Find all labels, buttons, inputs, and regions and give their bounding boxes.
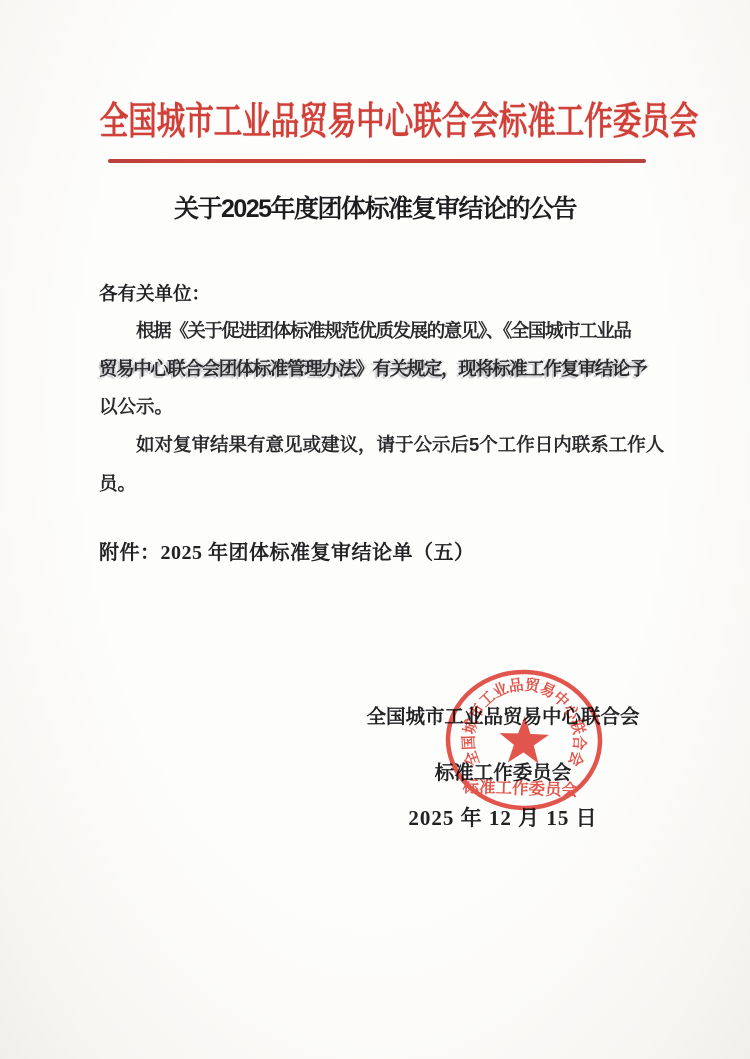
document-page: 全国城市工业品贸易中心联合会标准工作委员会 关于2025年度团体标准复审结论的公… (0, 0, 750, 1059)
paragraph1-line3: 以公示。 (99, 394, 655, 420)
letterhead-org-name: 全国城市工业品贸易中心联合会标准工作委员会 (0, 99, 750, 145)
seal-banner-text: 标准工作委员会 (461, 776, 579, 800)
letterhead-org-name-text: 全国城市工业品贸易中心联合会标准工作委员会 (100, 99, 699, 145)
letterhead-divider (108, 159, 646, 163)
paragraph2-line1: 如对复审结果有意见或建议，请于公示后5个工作日内联系工作人 (99, 432, 655, 458)
paragraph1-line2: 贸易中心联合会团体标准管理办法》有关规定，现将标准工作复审结论予 (99, 356, 655, 382)
document-title: 关于2025年度团体标准复审结论的公告 (0, 192, 750, 226)
official-seal: 全国城市工业品贸易中心联合会 标准工作委员会 (436, 652, 612, 828)
seal-star-icon (499, 715, 550, 764)
salutation: 各有关单位： (99, 281, 655, 307)
paragraph1-line1: 根据《关于促进团体标准规范优质发展的意见》、《全国城市工业品 (99, 318, 655, 344)
paragraph2-line2: 员。 (99, 471, 655, 497)
attachment-line: 附件：2025 年团体标准复审结论单（五） (99, 540, 659, 566)
